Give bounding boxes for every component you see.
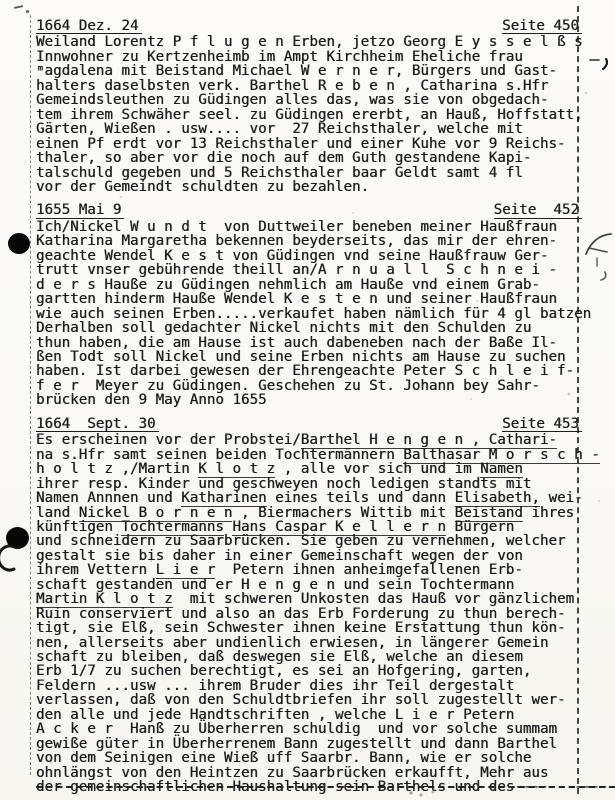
text-line: A c k e r Hanß zu Überherren schuldig un… (36, 722, 615, 736)
text-line: Erb 1/7 zu suchen berechtigt, es sei an … (36, 664, 615, 678)
text-line: Martin K l o t z mit schweren Unkosten d… (36, 592, 615, 606)
text-line: trutt vnser gebührende theill an/A r n u… (36, 263, 615, 277)
text-line: tem ihrem Schwäher seel. zu Güdingen ere… (36, 108, 615, 122)
document-body: 1664 Dez. 24Seite 450Weiland Lorentz P f… (36, 19, 615, 800)
text-line: tigt, sie Elß, sein Schwester ihnen kein… (36, 621, 615, 635)
text-line: der gemeinschaftlichen Haushaltung sein … (36, 780, 615, 794)
text-line: thun haben, die am Hause ist auch dabene… (36, 336, 615, 350)
text-line: verlassen, daß von den Schuldtbriefen ih… (36, 693, 615, 707)
text-line: Gärten, Wießen . usw.... vor 27 Reichsth… (36, 122, 615, 136)
text-line: Weiland Lorentz P f l u g e n Erben, jet… (36, 35, 615, 49)
scanned-document-page: { "sections": [ { "date": "1664 Dez. 24"… (0, 0, 615, 800)
text-line: d e r s Hauße zu Güdingen nehmlich am Ha… (36, 278, 615, 292)
text-line: Gemeindsleuthen zu Güdingen alles das, w… (36, 93, 615, 107)
text-line: Derhalben soll gedachter Nickel nichts m… (36, 321, 615, 335)
text-line: brücken den 9 May Anno 1655 (36, 393, 615, 407)
text-line: Innwohner zu Kertzenheimb im Ampt Kirchh… (36, 50, 615, 64)
text-line: Ich/Nickel W u n d t von Duttweiler bene… (36, 220, 615, 234)
text-line: thaler, so aber vor die noch auf dem Gut… (36, 151, 615, 165)
text-line: Es erscheinen vor der Probstei/Barthel H… (36, 433, 615, 447)
text-line: schaft gestanden und er H e n g e n und … (36, 578, 615, 592)
text-line: ohnlängst von den Heintzen zu Saarbrücke… (36, 766, 615, 780)
text-line: ßen Todt soll Nickel und seine Erben nic… (36, 350, 615, 364)
text-line: wie auch seinen Erben.....verkaufet habe… (36, 307, 615, 321)
text-line: ᵐagdalena mit Beistand Michael W e r n e… (36, 64, 615, 78)
entry-page-ref: Seite 450 (502, 19, 582, 34)
entry-page-ref: Seite 453 (502, 417, 582, 432)
text-line: ihrer resp. Kinder und geschweyen noch l… (36, 477, 615, 491)
text-line: einen Pf erdt vor 13 Reichsthaler und ei… (36, 137, 615, 151)
crescent-pen-mark (0, 543, 19, 573)
entry-header: 1655 Mai 9Seite 452 (36, 203, 582, 218)
scan-noise (0, 0, 2, 2)
entry-header: 1664 Sept. 30Seite 453 (36, 417, 582, 432)
text-line: f e r Meyer zu Güdingen. Geschehen zu St… (36, 379, 615, 393)
left-margin-rule (30, 15, 31, 775)
entry-date: 1664 Sept. 30 (36, 417, 159, 432)
text-line: Namen Annnen und Katharinen eines teils … (36, 491, 615, 505)
entry-page-ref: Seite 452 (494, 203, 582, 218)
text-line: und schneidern zu Saarbrücken. Sie geben… (36, 534, 615, 548)
struck-text-segment: der gemeinschaftlichen Haushaltung sein … (36, 779, 615, 795)
text-line: haben. Ist darbei gewesen der Ehrengeach… (36, 364, 615, 378)
text-line: na s.Hfr samt seinen beiden Tochtermänne… (36, 448, 615, 462)
register-entry: 1664 Sept. 30Seite 453Es erscheinen vor … (36, 417, 615, 795)
entry-date: 1664 Dez. 24 (36, 19, 142, 34)
text-line: vor der Gemeindt schuldten zu bezahlen. (36, 180, 615, 194)
text-line: halters daselbsten verk. Barthel R e b e… (36, 79, 615, 93)
text-line: geachte Wendel K e s t von Güdingen vnd … (36, 249, 615, 263)
text-line: gartten hinderm Hauße Wendel K e s t e n… (36, 292, 615, 306)
text-segment: vor der Gemeindt schuldten zu bezahlen. (36, 179, 369, 195)
register-entry: 1655 Mai 9Seite 452Ich/Nickel W u n d t … (36, 203, 615, 407)
text-line: schaft zu bleiben, daß deswegen sie Elß,… (36, 650, 615, 664)
text-line: Katharina Margaretha bekennen beyderseit… (36, 234, 615, 248)
text-line: gestalt sie bis daher in einer Gemeinsch… (36, 549, 615, 563)
text-line: von dem Seinigen eine Wieß uff Saarbr. B… (36, 751, 615, 765)
text-line: nen, allerseits aber undienlich erwiesen… (36, 636, 615, 650)
text-line: Ruin conserviert und also an das Erb For… (36, 607, 615, 621)
text-line: talschuld gegeben und 5 Reichsthaler baa… (36, 166, 615, 180)
register-entry: 1664 Dez. 24Seite 450Weiland Lorentz P f… (36, 19, 615, 194)
text-segment: brücken den 9 May Anno 1655 (36, 392, 267, 408)
text-line: künftigen Tochtermanns Hans Caspar K e l… (36, 520, 615, 534)
text-segment: ihres (523, 505, 574, 521)
entry-date: 1655 Mai 9 (36, 203, 124, 218)
text-line: Feldern ...usw ... ihrem Bruder dies ihr… (36, 679, 615, 693)
hole-punch-mark-top (8, 233, 30, 254)
text-line: ihrem Vettern L i e r Petern ihnen anhei… (36, 563, 615, 577)
entry-header: 1664 Dez. 24Seite 450 (36, 19, 582, 34)
text-line: gewiße güter in Überherrenem Bann zugest… (36, 737, 615, 751)
text-line: land Nickel B o r n e n , Biermachers Wi… (36, 506, 615, 520)
corner-dot-mark (26, 10, 29, 13)
text-line: h o l t z ,/Martin K l o t z , alle vor … (36, 462, 615, 476)
corner-dash-mark (14, 5, 23, 9)
